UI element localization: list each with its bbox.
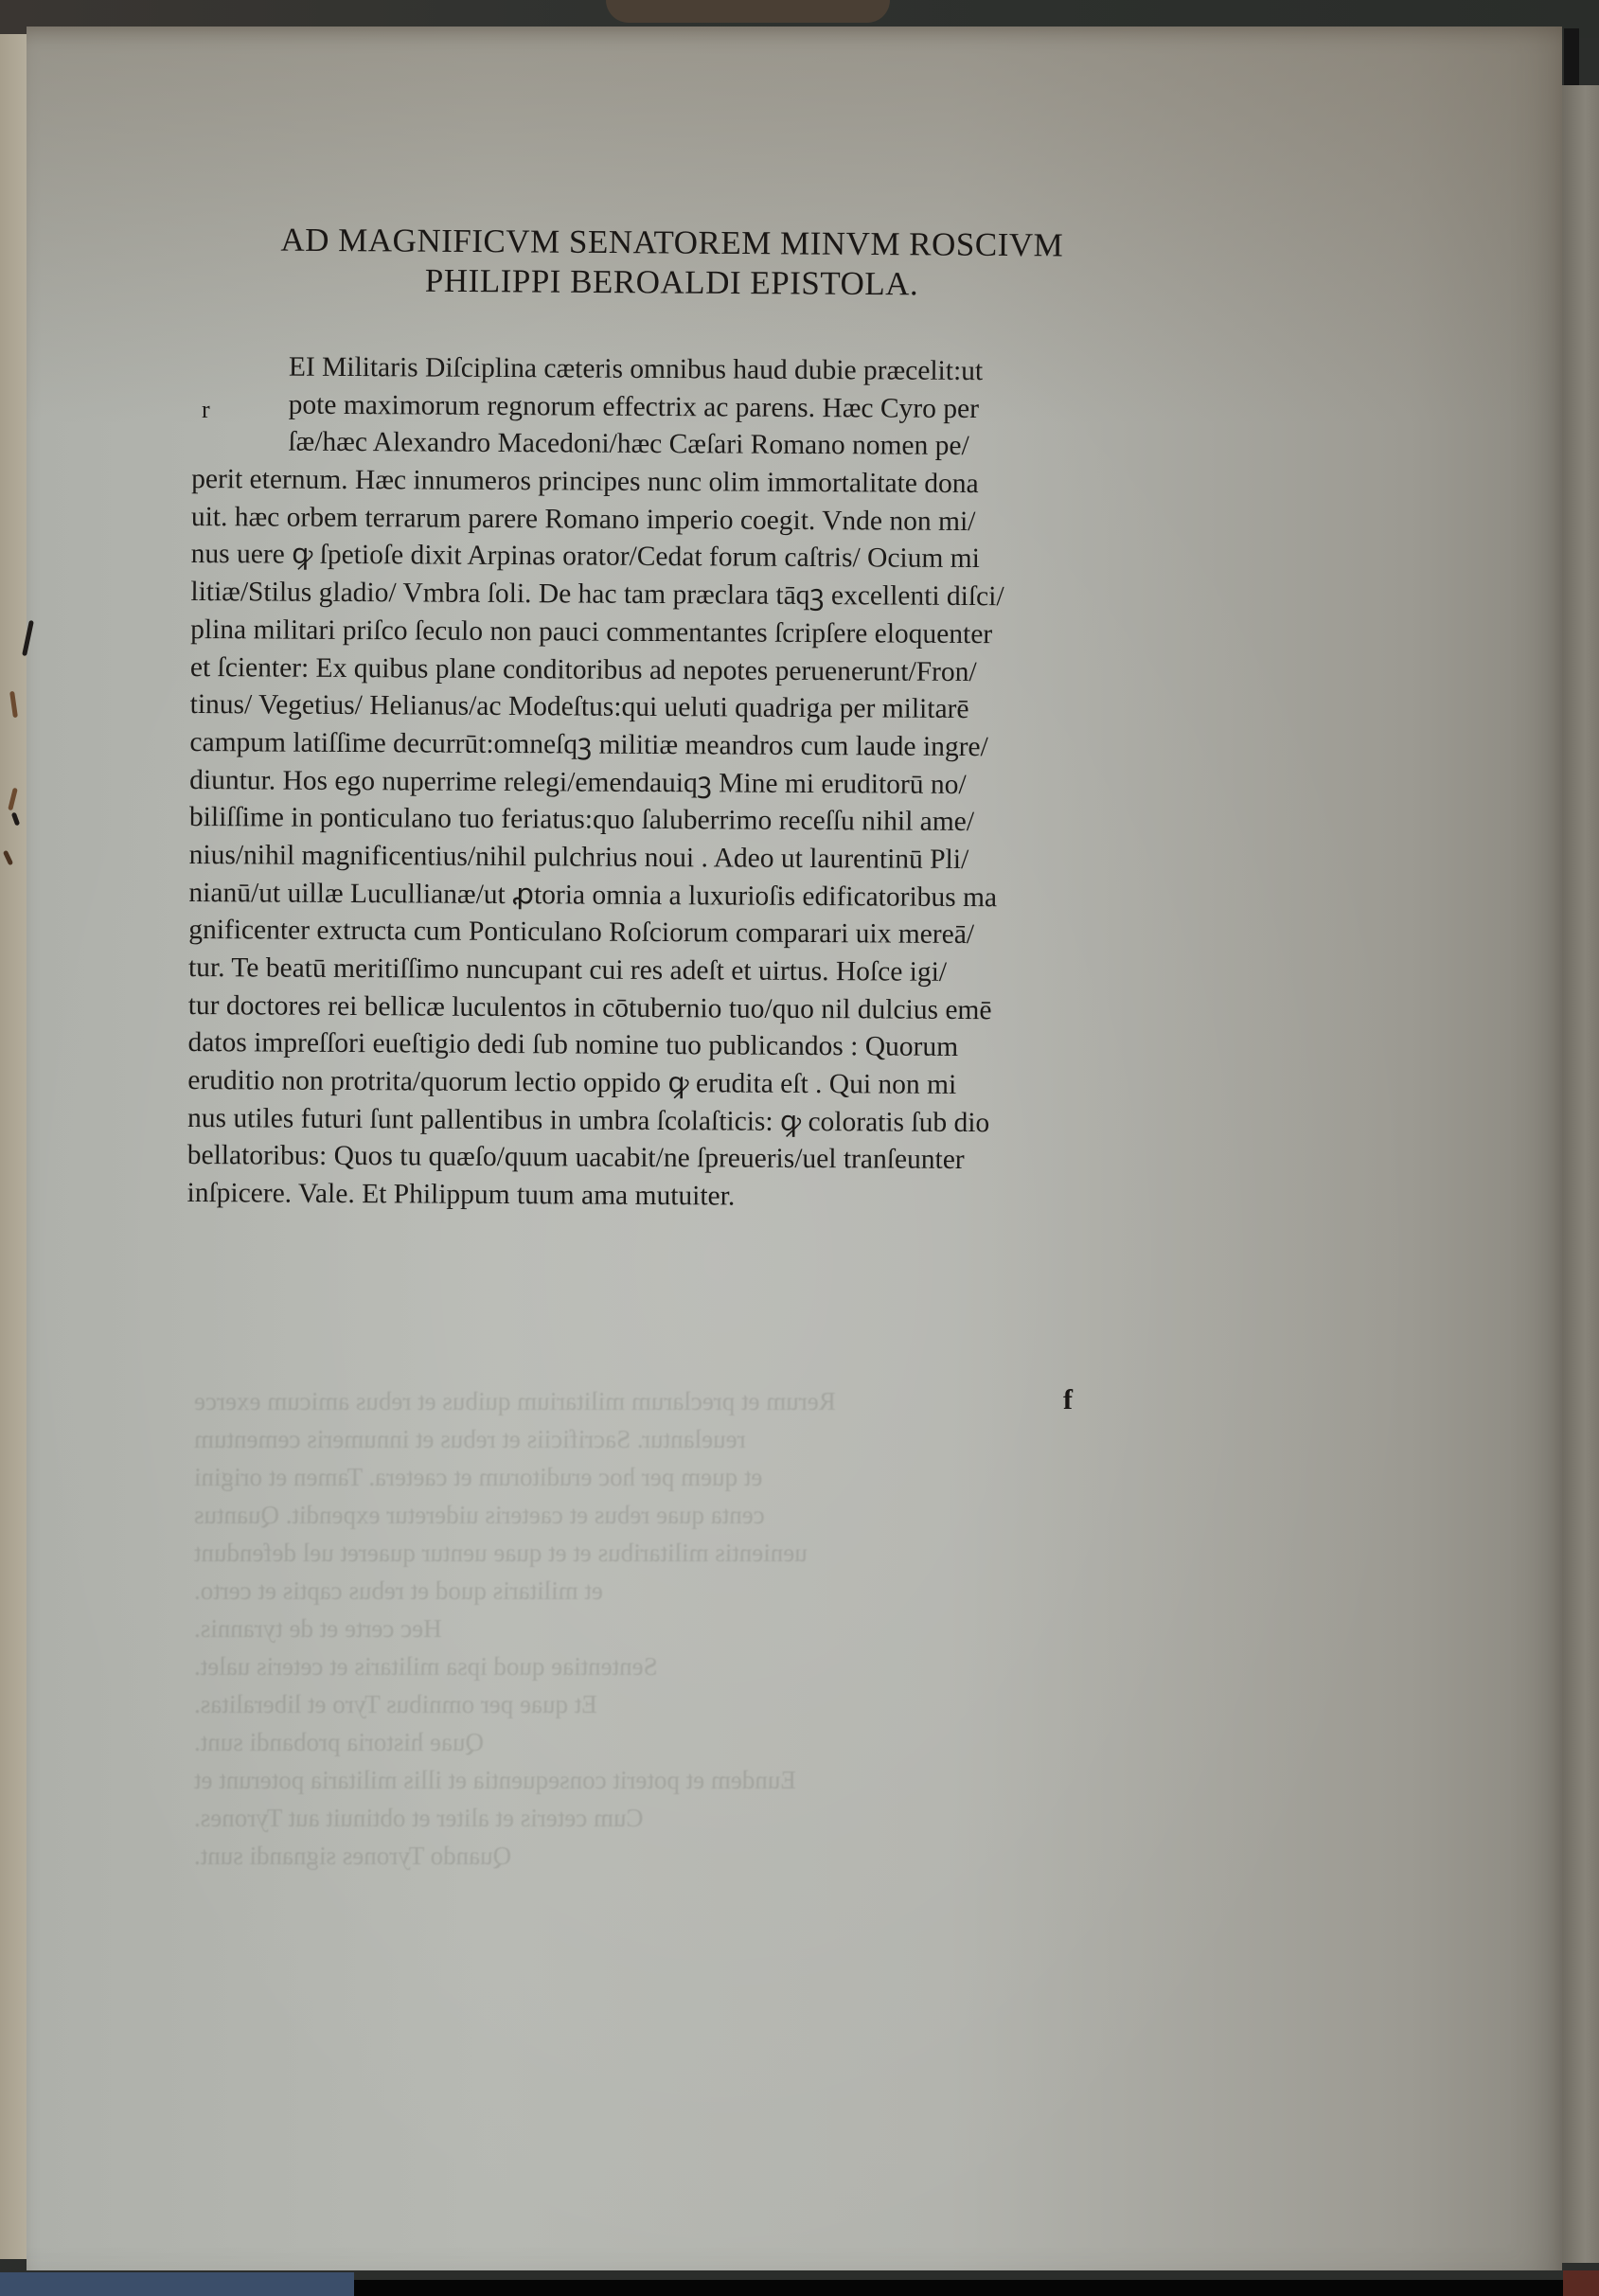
text-line: tur. Te beatū meritiſſimo nuncupant cui … [188, 950, 1211, 993]
text-line: tur doctores rei bellicæ luculentos in c… [188, 988, 1211, 1031]
signature-mark: f [1063, 1384, 1073, 1416]
text-line: litiæ/Stilus gladio/ Vmbra ſoli. De hac … [190, 574, 1213, 617]
text-line: nius/nihil magnificentius/nihil pulchriu… [189, 837, 1212, 881]
text-line: nianū/ut uillæ Lucullianæ/ut ꝓtoria omni… [188, 875, 1211, 918]
text-line: plina militari priſco ſeculo non pauci c… [190, 612, 1213, 655]
text-line: et ſcienter: Ex quibus plane conditoribu… [190, 649, 1213, 692]
text-line: EI Militaris Diſciplina cæteris omnibus … [192, 348, 1215, 392]
page-stack-edge [1560, 85, 1599, 2263]
text-line: eruditio non protrita/quorum lectio oppi… [187, 1062, 1210, 1106]
text-line: uit. hæc orbem terrarum parere Romano im… [191, 499, 1214, 543]
bottom-right-tab [1563, 2270, 1599, 2296]
text-line: nus uere ꝙ ſpetioſe dixit Arpinas orator… [191, 536, 1214, 579]
epistle-body: EI Militaris Diſciplina cæteris omnibus … [187, 348, 1215, 1219]
text-line: tinus/ Vegetius/ Helianus/ac Modeſtus:qu… [190, 686, 1213, 730]
epistle-heading: AD MAGNIFICVM SENATOREM MINVM ROSCIVM PH… [193, 220, 1150, 306]
text-line: inſpicere. Vale. Et Philippum tuum ama m… [187, 1175, 1209, 1219]
text-line: biliſſime in ponticulano tuo feriatus:qu… [189, 799, 1212, 843]
bottom-black-bar [354, 2280, 1599, 2296]
right-shadow-gap [1564, 28, 1579, 87]
text-line: pote maximorum regnorum effectrix ac par… [192, 386, 1215, 430]
text-line: ſæ/hæc Alexandro Macedoni/hæc Cæſari Rom… [191, 423, 1214, 467]
text-line: campum latiſſime decurrūt:omneſqꝫ militi… [189, 724, 1212, 768]
text-line: gnificenter extructa cum Ponticulano Roſ… [188, 912, 1211, 955]
cloth-background [0, 2272, 354, 2296]
text-line: datos impreſſori eueſtigio dedi ſub nomi… [187, 1024, 1210, 1068]
text-line: diuntur. Hos ego nuperrime relegi/emenda… [189, 762, 1212, 806]
text-line: nus utiles futuri ſunt pallentibus in um… [187, 1100, 1210, 1144]
heading-line-2: PHILIPPI BEROALDI EPISTOLA. [193, 259, 1149, 306]
previous-leaf-edge [0, 34, 28, 2259]
text-line: perit eternum. Hæc innumeros principes n… [191, 461, 1214, 505]
heading-line-1: AD MAGNIFICVM SENATOREM MINVM ROSCIVM [194, 220, 1150, 266]
text-line: bellatoribus: Quos tu quæſo/quum uacabit… [187, 1137, 1210, 1181]
background-object [606, 0, 890, 23]
